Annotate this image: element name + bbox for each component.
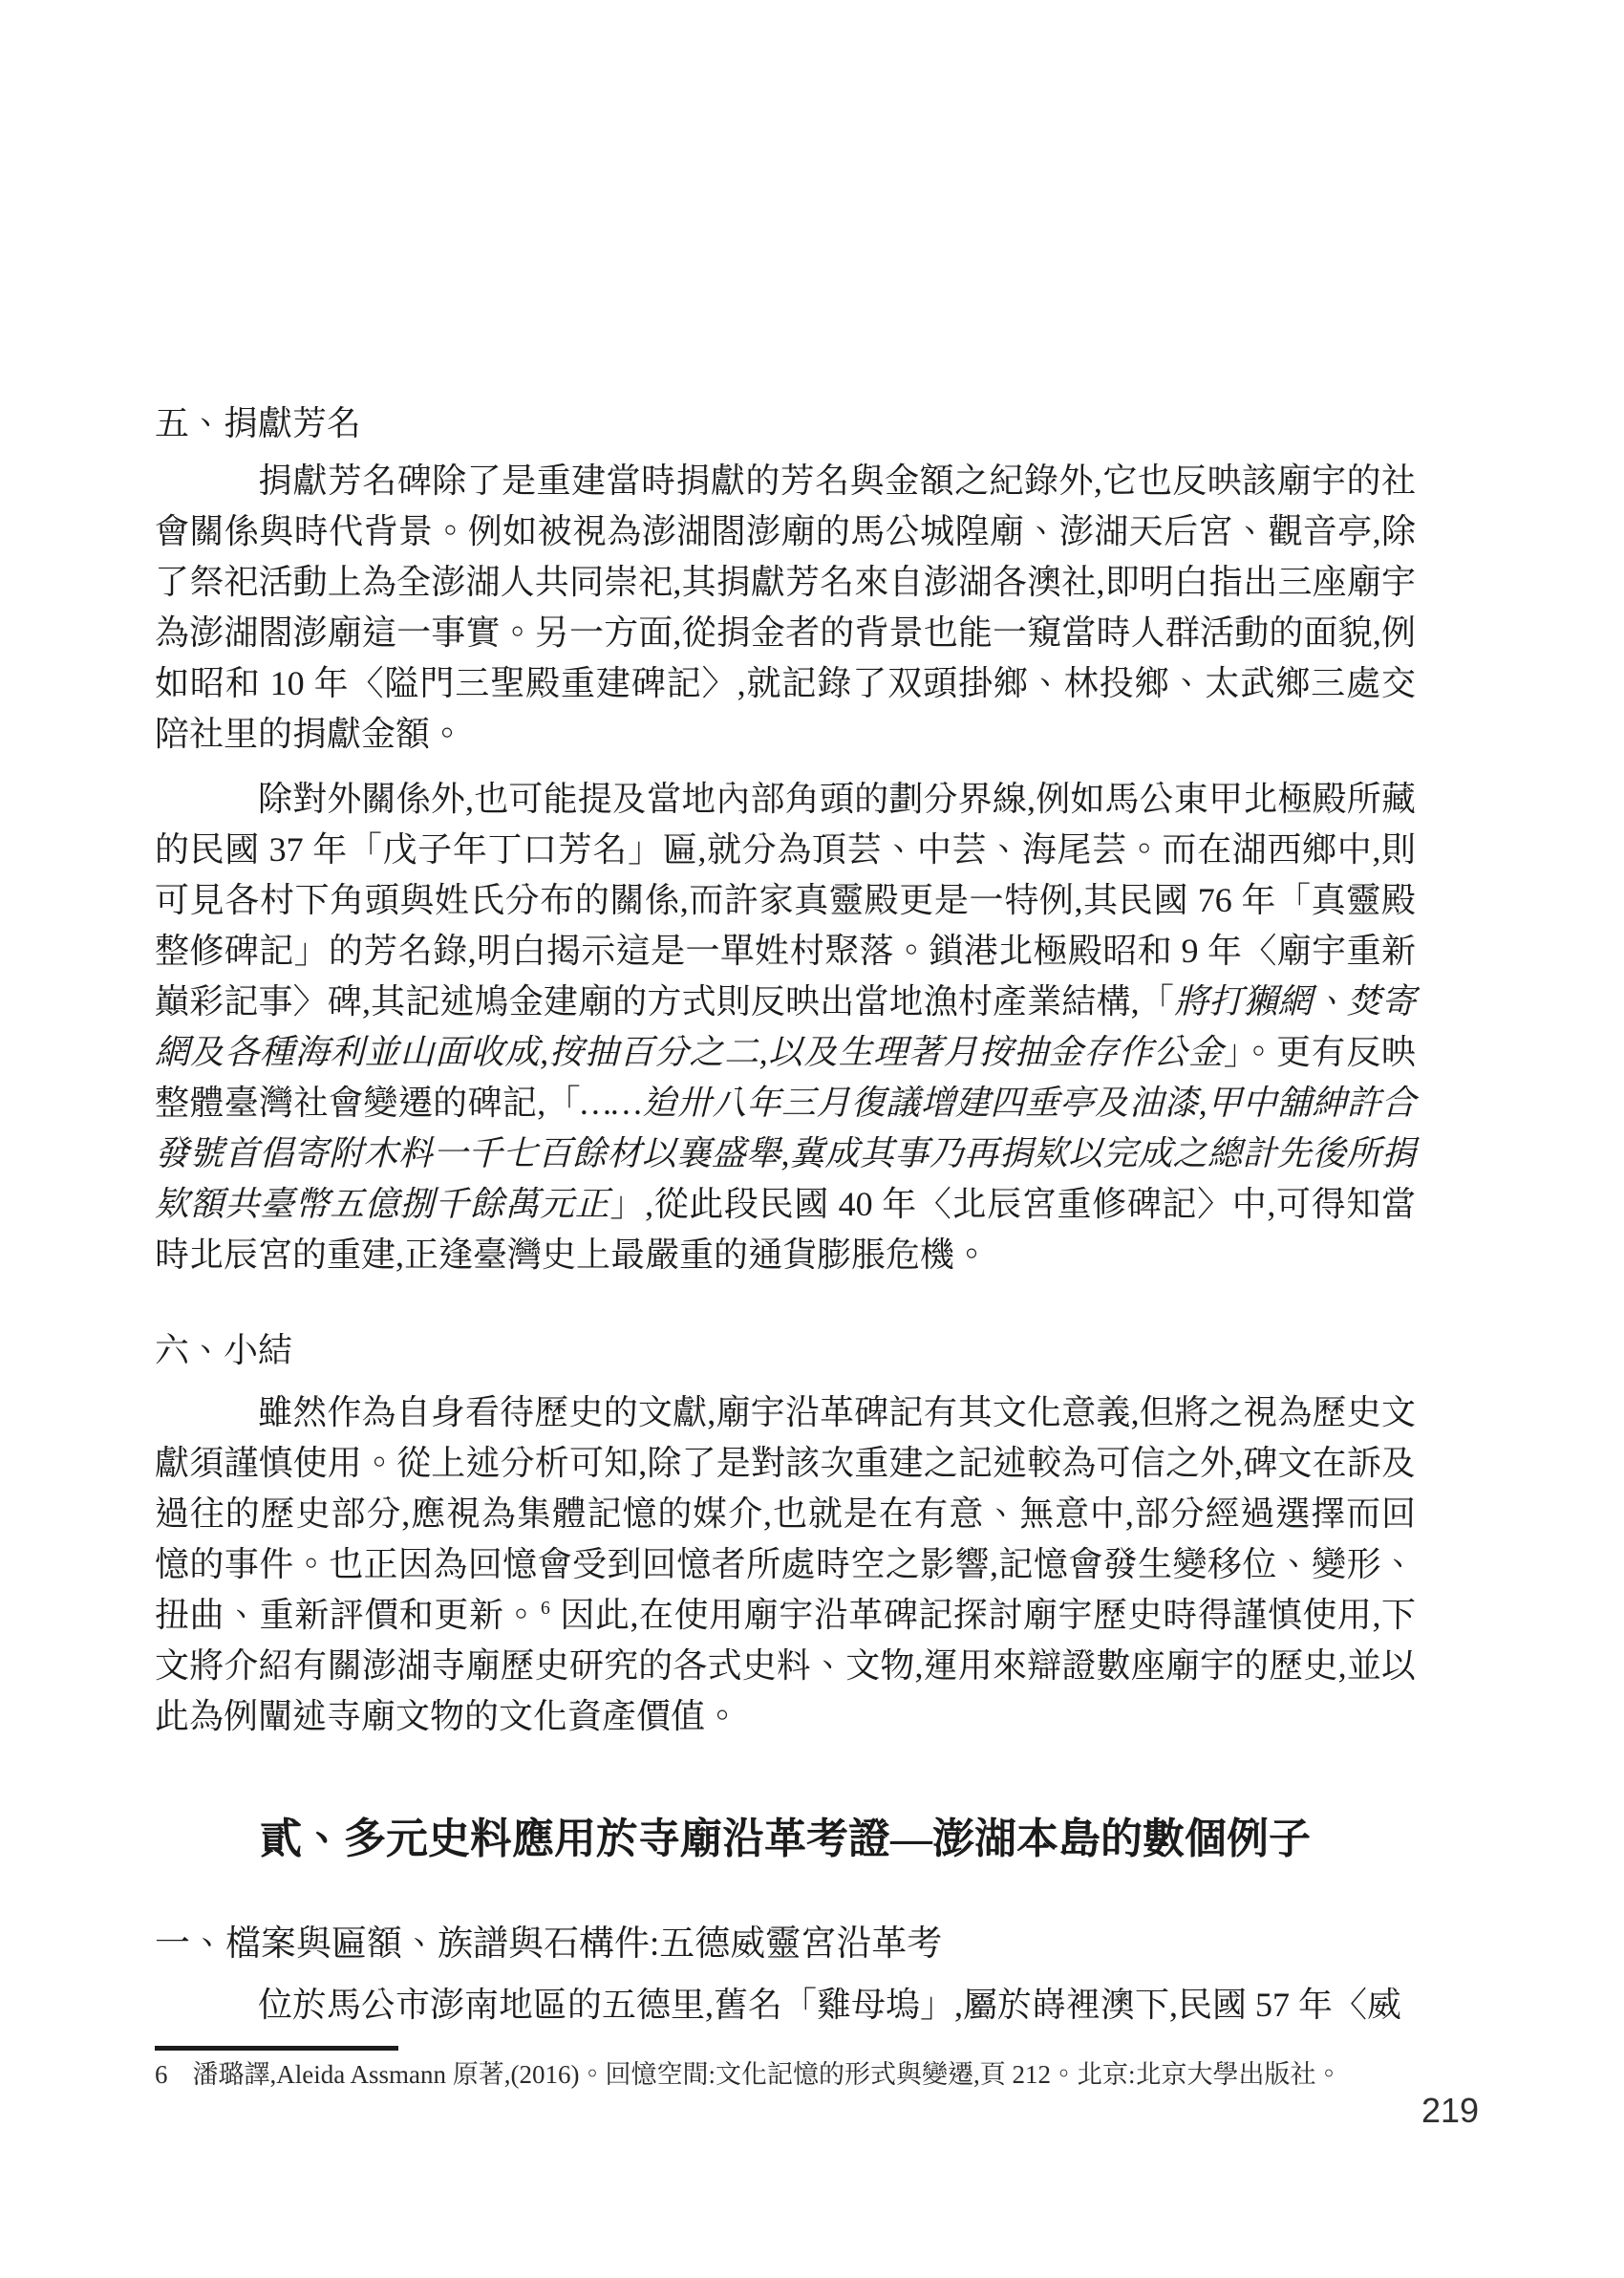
page-number: 219	[1421, 2091, 1479, 2131]
footnote-reference-6: 6	[541, 1598, 550, 1619]
paragraph-summary: 雖然作為自身看待歷史的文獻,廟宇沿革碑記有其文化意義,但將之視為歷史文獻須謹慎使…	[155, 1387, 1416, 1742]
section-heading-summary: 六、小結	[155, 1323, 1416, 1372]
paragraph-donation-names-2: 除對外關係外,也可能提及當地內部角頭的劃分界線,例如馬公東甲北極殿所藏的民國 3…	[155, 774, 1416, 1280]
document-page: 五、捐獻芳名 捐獻芳名碑除了是重建當時捐獻的芳名與金額之紀錄外,它也反映該廟宇的…	[0, 0, 1624, 2278]
footnote-text: 潘璐譯,Aleida Assmann 原著,(2016)。回憶空間:文化記憶的形…	[193, 2057, 1342, 2092]
section-heading-donation-names: 五、捐獻芳名	[155, 397, 1416, 445]
footnote-6: 6潘璐譯,Aleida Assmann 原著,(2016)。回憶空間:文化記憶的…	[155, 2057, 1416, 2092]
paragraph-donation-names-1: 捐獻芳名碑除了是重建當時捐獻的芳名與金額之紀錄外,它也反映該廟宇的社會關係與時代…	[155, 456, 1416, 760]
footnote-number: 6	[155, 2057, 193, 2092]
footnote-separator-rule	[155, 2046, 398, 2051]
part-title-multiple-sources: 貳、多元史料應用於寺廟沿革考證—澎湖本島的數個例子	[155, 1804, 1416, 1865]
paragraph-wuling-temple-intro: 位於馬公市澎南地區的五德里,舊名「雞母塢」,屬於嵵裡澳下,民國 57 年〈威	[155, 1980, 1416, 2031]
subsection-heading-wuling-temple: 一、檔案與匾額、族譜與石構件:五德威靈宮沿革考	[155, 1914, 1416, 1966]
